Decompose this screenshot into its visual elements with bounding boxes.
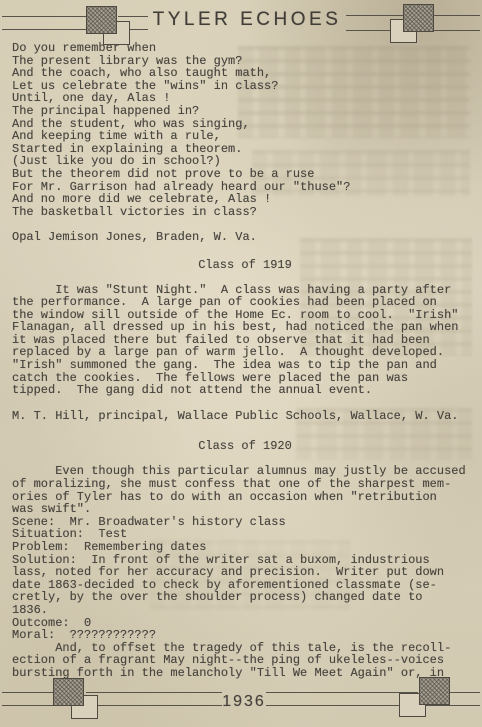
poem-line: And no more did we celebrate, Alas ! <box>12 193 478 206</box>
ornament-square-filled-icon <box>86 6 117 34</box>
footer-rule <box>425 705 480 706</box>
poem-line: But the theorem did not prove to be a ru… <box>12 168 478 181</box>
body-line: tipped. The gang did not attend the annu… <box>12 384 478 397</box>
poem-line: The basketball victories in class? <box>12 206 478 219</box>
footer-rule <box>2 692 53 693</box>
body-line: "Irish" summoned the gang. The idea was … <box>12 359 478 372</box>
body-line: Flanagan, all dressed up in his best, ha… <box>12 321 478 334</box>
scanned-yearbook-page: TYLER ECHOES Do you remember whenThe pre… <box>0 0 482 727</box>
body-line: Moral: ???????????? <box>12 629 478 642</box>
page-body: Do you remember whenThe present library … <box>12 42 478 693</box>
section-1920-body: Even though this particular alumnus may … <box>12 465 478 679</box>
footer-year: 1936 <box>220 693 268 711</box>
header-rule <box>346 30 391 31</box>
body-line: was swift". <box>12 503 478 516</box>
poem: Do you remember whenThe present library … <box>12 42 478 218</box>
ornament-square-filled-icon <box>53 678 84 706</box>
header-rule <box>429 15 480 16</box>
footer-rule <box>266 705 400 706</box>
footer-rule <box>266 692 418 693</box>
poem-attribution: Opal Jemison Jones, Braden, W. Va. <box>12 231 478 244</box>
footer-rule <box>97 705 222 706</box>
section-1919-attribution: M. T. Hill, principal, Wallace Public Sc… <box>12 410 478 423</box>
body-line: Problem: Remembering dates <box>12 541 478 554</box>
body-line: lass, noted for her accuracy and precisi… <box>12 566 478 579</box>
body-line: of moralizing, she must confess that one… <box>12 478 478 491</box>
page-title: TYLER ECHOES <box>148 9 346 31</box>
poem-line: The principal happened in? <box>12 105 478 118</box>
section-heading-1919: Class of 1919 <box>12 259 478 272</box>
poem-line: And the coach, who also taught math, <box>12 67 478 80</box>
header-rule <box>346 15 403 16</box>
poem-line: And keeping time with a rule, <box>12 130 478 143</box>
poem-line: Do you remember when <box>12 42 478 55</box>
section-1919-body: It was "Stunt Night." A class was having… <box>12 284 478 397</box>
footer-rule <box>86 692 222 693</box>
body-line: the performance. A large pan of cookies … <box>12 296 478 309</box>
section-heading-1920: Class of 1920 <box>12 440 478 453</box>
ornament-square-filled-icon <box>419 677 450 705</box>
header-rule <box>130 29 148 30</box>
ornament-square-filled-icon <box>403 4 434 32</box>
body-line: 1836. <box>12 604 478 617</box>
header-rule <box>118 16 148 17</box>
header-rule <box>2 16 86 17</box>
body-line: cretly, by the over the shoulder process… <box>12 591 478 604</box>
